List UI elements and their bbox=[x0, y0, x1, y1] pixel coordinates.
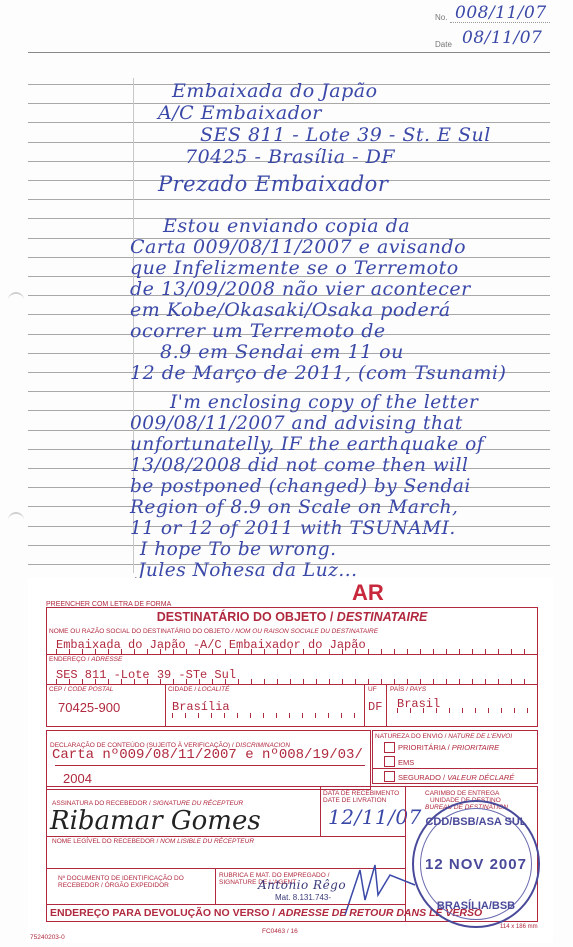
ruled-line bbox=[28, 199, 550, 200]
stamp-bottom-text: BRASÍLIA/BSB bbox=[414, 900, 538, 912]
divider bbox=[372, 768, 538, 769]
legible-name-label: NOME LEGÍVEL DO RECEBEDOR / NOM LISIBLE … bbox=[52, 838, 254, 845]
agent-mat: Mat. 8.131.743- bbox=[275, 893, 331, 902]
recipient-signature[interactable]: Ribamar Gomes bbox=[50, 806, 261, 836]
recipient-title-pt: DESTINATÁRIO DO OBJETO / bbox=[157, 610, 337, 624]
address-line: Embaixada do Japão bbox=[172, 80, 378, 102]
nature-label-fr: NATURE DE L'ENVOI bbox=[448, 733, 512, 740]
prioritaria-fr: PRIORITAIRE bbox=[452, 743, 499, 752]
divider bbox=[386, 684, 387, 727]
name-label-pt: NOME OU RAZÃO SOCIAL DO DESTINATÁRIO DO … bbox=[49, 628, 232, 635]
return-address-pt: ENDEREÇO PARA DEVOLUÇÃO NO VERSO / bbox=[50, 907, 278, 919]
form-code: FC0463 / 16 bbox=[262, 928, 298, 935]
uf-label: UF bbox=[368, 686, 377, 693]
postal-date-stamp: CDD/BSB/ASA SUL 12 NOV 2007 BRASÍLIA/BSB bbox=[412, 800, 540, 928]
checkbox-ems[interactable] bbox=[384, 756, 395, 767]
letter-date: 08/11/07 bbox=[462, 28, 542, 48]
country-label-pt: PAÍS / bbox=[390, 686, 410, 693]
header-rule bbox=[28, 52, 550, 53]
english-line: be postponed (changed) by Sendai bbox=[130, 476, 471, 497]
legible-name-fr: NOM LISIBLE DU RÉCEPTEUR bbox=[160, 838, 254, 845]
english-line: 13/08/2008 did not come then will bbox=[130, 455, 468, 476]
cep-field[interactable]: 70425-900 bbox=[58, 700, 120, 715]
id-doc-label-1: Nº DOCUMENTO DE IDENTIFICAÇÃO DO bbox=[58, 875, 184, 882]
portuguese-line: 12 de Março de 2011, (com Tsunami) bbox=[130, 362, 506, 384]
address-label: ENDEREÇO / ADRESSE bbox=[49, 656, 122, 663]
date-label: Date bbox=[435, 40, 452, 49]
legible-name-pt: NOME LEGÍVEL DO RECEBEDOR / bbox=[52, 838, 160, 845]
declaration-field-line1[interactable]: Carta nº009/08/11/2007 e nº008/19/03/ bbox=[52, 747, 363, 763]
prioritaria-pt: PRIORITÁRIA / bbox=[398, 743, 452, 752]
id-doc-label-2: RECEBEDOR / ÓRGÃO EXPEDIDOR bbox=[58, 882, 169, 889]
english-line: Region of 8.9 on Scale on March, bbox=[130, 497, 458, 518]
nature-label: NATUREZA DO ENVIO / NATURE DE L'ENVOI bbox=[375, 733, 512, 740]
ar-badge: AR bbox=[352, 580, 384, 606]
address-line: A/C Embaixador bbox=[158, 102, 322, 124]
delivery-stamp-label-1: CARIMBO DE ENTREGA bbox=[425, 790, 499, 797]
portuguese-line: que Infelizmente se o Terremoto bbox=[130, 257, 459, 279]
english-line: I'm enclosing copy of the letter bbox=[170, 392, 478, 413]
cep-label: CEP / CODE POSTAL bbox=[49, 686, 113, 693]
divider bbox=[364, 684, 365, 727]
divider bbox=[46, 654, 538, 655]
salutation: Prezado Embaixador bbox=[158, 172, 388, 196]
uf-field[interactable]: DF bbox=[368, 700, 382, 714]
segurado-label: SEGURADO / VALEUR DÉCLARÉ bbox=[398, 773, 514, 782]
recipient-title-fr: DESTINATAIRE bbox=[337, 610, 428, 624]
number-label: No. bbox=[435, 13, 447, 22]
punch-hole bbox=[8, 512, 24, 522]
divider bbox=[46, 684, 538, 685]
segurado-pt: SEGURADO / bbox=[398, 773, 447, 782]
country-label: PAÍS / PAYS bbox=[390, 686, 426, 693]
city-label-fr: LOCALITÉ bbox=[198, 686, 229, 693]
divider bbox=[55, 765, 365, 766]
checkbox-segurado[interactable] bbox=[384, 771, 395, 782]
scanned-document: No. 008/11/07 Date 08/11/07 Embaixada do… bbox=[0, 0, 573, 947]
address-label-pt: ENDEREÇO / bbox=[49, 656, 91, 663]
receipt-date-label-2: DATE DE LIVRATION bbox=[323, 797, 386, 804]
serial-number: 75240203-0 bbox=[30, 934, 65, 941]
divider bbox=[46, 836, 405, 837]
divider bbox=[320, 786, 321, 836]
recipient-title: DESTINATÁRIO DO OBJETO / DESTINATAIRE bbox=[46, 610, 538, 624]
letter-number: 008/11/07 bbox=[455, 3, 547, 23]
english-line: 009/08/11/2007 and advising that bbox=[130, 413, 463, 434]
size-note: 114 x 186 mm bbox=[500, 924, 538, 930]
cep-label-pt: CEP / bbox=[49, 686, 68, 693]
name-label: NOME OU RAZÃO SOCIAL DO DESTINATÁRIO DO … bbox=[49, 628, 378, 635]
english-line: I hope To be wrong. bbox=[140, 539, 336, 560]
city-label-pt: CIDADE / bbox=[168, 686, 198, 693]
city-label: CIDADE / LOCALITÉ bbox=[168, 686, 229, 693]
receipt-date-label-1: DATA DE RECEBIMENTO bbox=[323, 790, 399, 797]
country-label-fr: PAYS bbox=[410, 686, 426, 693]
stamp-date: 12 NOV 2007 bbox=[414, 856, 538, 873]
portuguese-line: Carta 009/08/11/2007 e avisando bbox=[130, 236, 466, 258]
checkbox-prioritaria[interactable] bbox=[384, 742, 395, 753]
portuguese-line: de 13/09/2008 não vier acontecer bbox=[130, 278, 471, 300]
address-line: 70425 - Brasília - DF bbox=[185, 146, 395, 168]
portuguese-line: em Kobe/Okasaki/Osaka poderá bbox=[130, 299, 451, 321]
punch-hole bbox=[8, 292, 24, 302]
english-line: unfortunatelly, IF the earthquake of bbox=[130, 434, 484, 455]
divider bbox=[215, 868, 216, 904]
address-line: SES 811 - Lote 39 - St. E Sul bbox=[200, 124, 491, 146]
english-line: 11 or 12 of 2011 with TSUNAMI. bbox=[130, 518, 456, 539]
name-label-fr: / NOM OU RAISON SOCIALE DU DESTINATAIRE bbox=[232, 628, 378, 635]
divider bbox=[165, 684, 166, 727]
portuguese-line: 8.9 em Sendai em 11 ou bbox=[160, 341, 404, 363]
portuguese-line: Estou enviando copia da bbox=[163, 215, 410, 237]
stamp-top-text: CDD/BSB/ASA SUL bbox=[414, 816, 538, 828]
receipt-date-field[interactable]: 12/11/07 bbox=[328, 805, 422, 829]
segurado-fr: VALEUR DÉCLARÉ bbox=[447, 773, 514, 782]
portuguese-line: ocorrer um Terremoto de bbox=[130, 320, 386, 342]
address-label-fr: ADRESSE bbox=[91, 656, 122, 663]
prioritaria-label: PRIORITÁRIA / PRIORITAIRE bbox=[398, 743, 499, 752]
ems-label: EMS bbox=[398, 758, 414, 767]
cep-label-fr: CODE POSTAL bbox=[68, 686, 114, 693]
nature-label-pt: NATUREZA DO ENVIO / bbox=[375, 733, 448, 740]
country-ticks bbox=[397, 708, 532, 713]
declaration-field-line2[interactable]: 2004 bbox=[63, 771, 92, 786]
city-ticks bbox=[172, 713, 362, 718]
divider bbox=[46, 904, 405, 905]
city-field[interactable]: Brasília bbox=[172, 700, 230, 714]
